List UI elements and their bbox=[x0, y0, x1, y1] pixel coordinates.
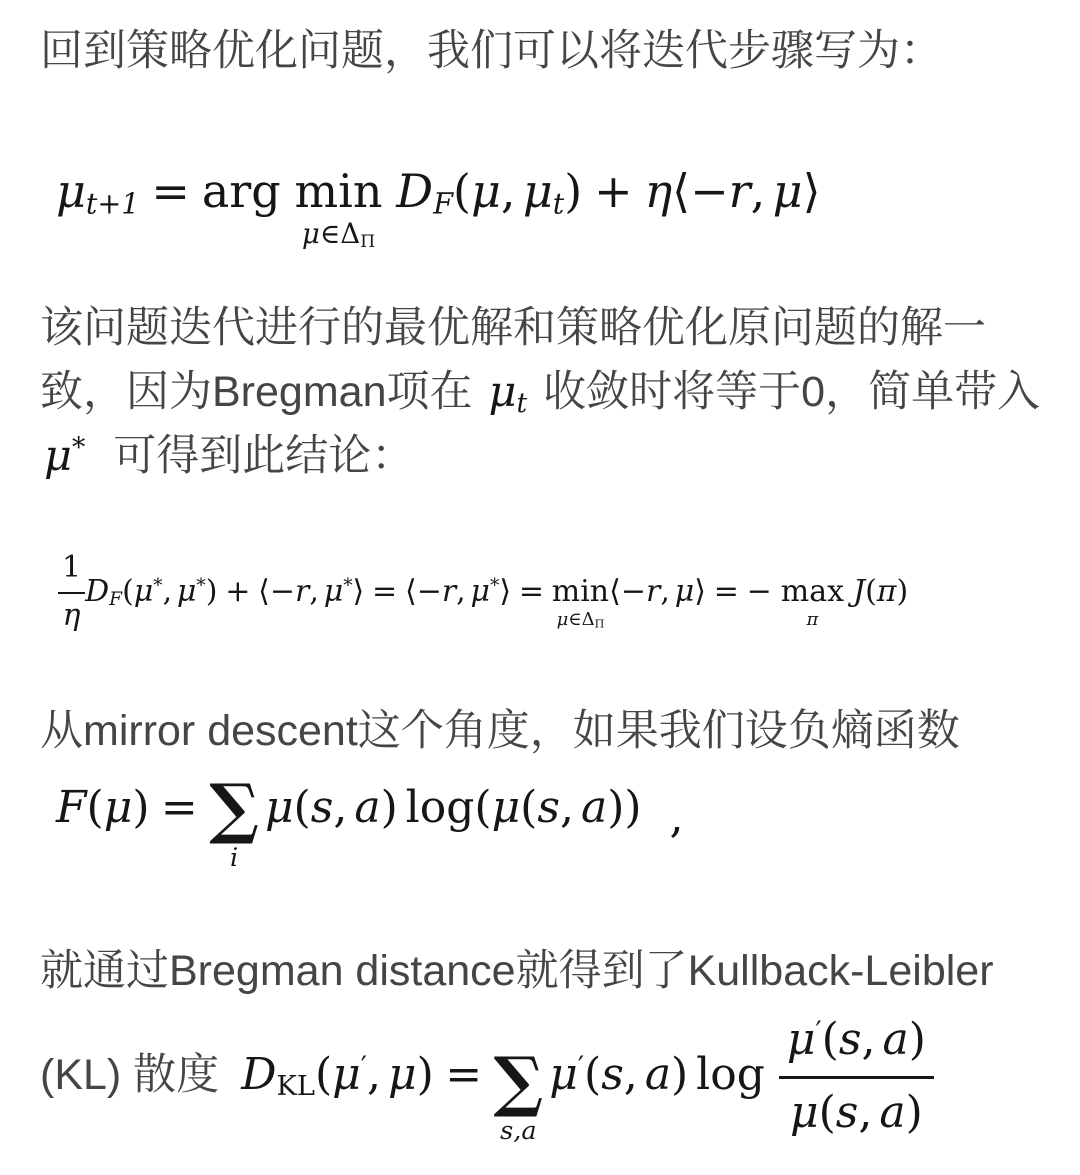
var-mu: μ bbox=[471, 574, 491, 609]
left-paren: ( bbox=[819, 1087, 836, 1138]
var-mu: μ bbox=[302, 217, 320, 250]
var-D: D bbox=[85, 574, 109, 609]
subscript-F: F bbox=[109, 589, 122, 610]
var-s: s bbox=[836, 1087, 859, 1138]
var-pi: π bbox=[806, 609, 818, 630]
superscript-star: * bbox=[72, 433, 85, 464]
equals-sign: = bbox=[151, 164, 190, 218]
var-mu: μ bbox=[324, 574, 344, 609]
left-angle-bracket: ⟨ bbox=[405, 574, 417, 609]
fraction-denominator: μ(s,a) bbox=[779, 1079, 934, 1142]
right-paren: ) bbox=[906, 1087, 923, 1138]
var-mu: μ bbox=[471, 164, 501, 218]
var-s: s bbox=[537, 782, 560, 833]
paragraph-line: 致，因为Bregman项在μt收敛时将等于0，简单带入 bbox=[40, 360, 1040, 424]
comma: , bbox=[501, 164, 516, 218]
delta-symbol: Δ bbox=[582, 609, 595, 630]
minus-r: −r bbox=[417, 574, 456, 609]
var-mu: μ bbox=[773, 164, 803, 218]
var-mu: μ bbox=[104, 782, 133, 833]
var-mu: μ bbox=[523, 164, 553, 218]
left-paren: ( bbox=[87, 782, 104, 833]
left-angle-bracket: ⟨ bbox=[258, 574, 270, 609]
denominator-eta: η bbox=[58, 594, 85, 637]
min-constraint: μ∈ΔΠ bbox=[302, 220, 375, 248]
var-mu: μ bbox=[177, 574, 197, 609]
var-mu: μ bbox=[790, 1087, 819, 1138]
minus-sign: − bbox=[747, 574, 772, 609]
var-eta: η bbox=[645, 164, 673, 218]
equals-sign: = bbox=[714, 574, 739, 609]
subscript-pi: Π bbox=[360, 232, 375, 252]
var-mu: μ bbox=[388, 1049, 417, 1100]
right-paren: ) bbox=[671, 1049, 688, 1100]
paragraph-line: 该问题迭代进行的最优解和策略优化原问题的解一 bbox=[40, 296, 1040, 360]
var-mu: μ bbox=[557, 609, 569, 630]
right-angle-bracket: ⟩ bbox=[499, 574, 511, 609]
paragraph-convergence: 该问题迭代进行的最优解和策略优化原问题的解一 致，因为Bregman项在μt收敛… bbox=[40, 296, 1040, 488]
max-constraint: π bbox=[806, 611, 818, 629]
prime-mark: ′ bbox=[361, 1052, 367, 1083]
right-angle-bracket: ⟩ bbox=[353, 574, 365, 609]
fraction-one-over-eta: 1η bbox=[58, 548, 85, 636]
left-paren: ( bbox=[453, 164, 471, 218]
subscript-F: F bbox=[433, 187, 453, 220]
var-a: a bbox=[882, 1014, 908, 1065]
right-paren: ) bbox=[897, 574, 909, 609]
delta-symbol: Δ bbox=[340, 217, 360, 250]
sigma-symbol: ∑ bbox=[209, 775, 259, 841]
text-segment: 致，因为Bregman项在 bbox=[40, 368, 472, 416]
min-label: min bbox=[552, 574, 609, 609]
subscript-t: t bbox=[553, 187, 564, 220]
right-paren: ) bbox=[564, 164, 582, 218]
left-paren: ( bbox=[315, 1049, 332, 1100]
superscript-star: * bbox=[343, 575, 352, 596]
trailing-comma: , bbox=[670, 788, 684, 847]
var-a: a bbox=[645, 1049, 671, 1100]
var-mu: μ bbox=[44, 431, 72, 481]
formula-update-rule: μt+1=arg minμ∈ΔΠ DF(μ,μt)+η⟨−r,μ⟩ bbox=[56, 155, 821, 227]
left-paren: ( bbox=[520, 782, 537, 833]
subscript-pi: Π bbox=[595, 617, 605, 630]
plus-sign: + bbox=[225, 574, 250, 609]
comma: , bbox=[861, 1014, 875, 1065]
subscript-t: t bbox=[516, 388, 527, 419]
right-angle-bracket: ⟩ bbox=[803, 164, 821, 218]
var-a: a bbox=[581, 782, 607, 833]
var-s: s bbox=[311, 782, 334, 833]
superscript-star: * bbox=[153, 575, 162, 596]
var-D: D bbox=[396, 164, 433, 218]
superscript-star: * bbox=[196, 575, 205, 596]
minus-r: −r bbox=[270, 574, 309, 609]
summation-operator: ∑s,a bbox=[494, 1048, 544, 1114]
var-mu: μ bbox=[56, 164, 86, 218]
formula-negative-entropy: F(μ)= ∑i μ(s,a)log(μ(s,a)) , bbox=[56, 770, 684, 846]
summation-index-sa: s,a bbox=[500, 1119, 536, 1145]
dkl-lhs: DKL(μ′,μ)= bbox=[241, 1045, 493, 1104]
left-paren: ( bbox=[294, 782, 311, 833]
J-pi-term: J(π) bbox=[853, 572, 908, 613]
comma: , bbox=[858, 1087, 872, 1138]
var-mu: μ bbox=[265, 782, 294, 833]
inline-math-mu-t: μt bbox=[488, 367, 527, 417]
summation-operator: ∑i bbox=[209, 775, 259, 841]
fraction-mu-ratio: μ′(s,a)μ(s,a) bbox=[779, 1008, 934, 1142]
paragraph-line: μ*可得到此结论： bbox=[40, 424, 1040, 488]
min-operator: minμ∈ΔΠ bbox=[295, 160, 383, 222]
text-segment: 收敛时将等于0，简单带入 bbox=[543, 368, 1040, 416]
left-paren: ( bbox=[865, 574, 877, 609]
var-mu: μ bbox=[675, 574, 695, 609]
comma: , bbox=[333, 782, 347, 833]
var-mu: μ bbox=[492, 782, 521, 833]
right-paren: ) bbox=[381, 782, 398, 833]
right-paren: ) bbox=[417, 1049, 434, 1100]
comma: , bbox=[309, 574, 319, 609]
left-angle-bracket: ⟨ bbox=[672, 164, 690, 218]
var-D: D bbox=[241, 1049, 276, 1100]
summation-index-i: i bbox=[230, 846, 238, 872]
right-paren: ) bbox=[206, 574, 218, 609]
left-paren: ( bbox=[122, 574, 134, 609]
comma: , bbox=[660, 574, 670, 609]
right-paren: ) bbox=[909, 1014, 926, 1065]
minus-r: −r bbox=[621, 574, 660, 609]
comma: , bbox=[367, 1049, 381, 1100]
summand-expression: μ′(s,a)log bbox=[549, 1045, 765, 1104]
kl-label: (KL) 散度 bbox=[40, 1043, 219, 1107]
left-paren: ( bbox=[584, 1049, 601, 1100]
left-paren: ( bbox=[822, 1014, 839, 1065]
subscript-KL: KL bbox=[276, 1071, 314, 1102]
min-constraint: μ∈ΔΠ bbox=[557, 611, 605, 629]
kl-divergence-line: (KL) 散度 DKL(μ′,μ)= ∑s,a μ′(s,a)log μ′(s,… bbox=[40, 1005, 934, 1145]
var-a: a bbox=[354, 782, 380, 833]
var-mu: μ bbox=[134, 574, 154, 609]
subscript-t-plus-1: t+1 bbox=[86, 187, 140, 220]
equals-sign: = bbox=[445, 1049, 482, 1100]
arg-operator: arg bbox=[202, 164, 281, 218]
equals-sign: = bbox=[161, 782, 198, 833]
max-label: max bbox=[781, 574, 844, 609]
var-s: s bbox=[601, 1049, 624, 1100]
paragraph-kl-intro: 就通过Bregman distance就得到了Kullback-Leibler bbox=[40, 939, 994, 1003]
right-angle-bracket: ⟩ bbox=[694, 574, 706, 609]
left-paren: ( bbox=[474, 782, 491, 833]
var-pi: π bbox=[877, 574, 897, 609]
lhs-F-mu: F(μ)= bbox=[56, 778, 209, 837]
min-operator: minμ∈ΔΠ bbox=[552, 572, 609, 613]
left-angle-bracket: ⟨ bbox=[609, 574, 621, 609]
log-operator: log bbox=[406, 782, 475, 833]
var-mu: μ bbox=[787, 1014, 816, 1065]
superscript-star: * bbox=[490, 575, 499, 596]
var-a: a bbox=[879, 1087, 905, 1138]
comma: , bbox=[163, 574, 173, 609]
bregman-term: DF(μ*,μ*)+⟨−r,μ*⟩=⟨−r,μ*⟩= bbox=[85, 572, 552, 613]
minus-r: −r bbox=[690, 164, 751, 218]
lhs-mu-t-plus-1: μt+1=arg bbox=[56, 160, 281, 222]
equals-sign: = bbox=[519, 574, 544, 609]
log-operator: log bbox=[696, 1049, 765, 1100]
element-of-sign: ∈ bbox=[320, 217, 340, 250]
inline-math-mu-star: μ* bbox=[44, 431, 85, 481]
objective-expression: DF(μ,μt)+η⟨−r,μ⟩ bbox=[396, 160, 820, 222]
plus-sign: + bbox=[594, 164, 633, 218]
comma: , bbox=[560, 782, 574, 833]
right-paren: ) bbox=[132, 782, 149, 833]
var-mu: μ bbox=[488, 367, 516, 417]
min-label: min bbox=[295, 164, 383, 218]
min-argument: ⟨−r,μ⟩=− bbox=[609, 572, 772, 613]
var-F: F bbox=[56, 782, 87, 833]
element-of-sign: ∈ bbox=[568, 609, 581, 630]
sigma-symbol: ∑ bbox=[494, 1048, 544, 1114]
summand-expression: μ(s,a)log(μ(s,a)) bbox=[265, 778, 642, 837]
numerator-one: 1 bbox=[58, 548, 85, 594]
text-segment: 可得到此结论： bbox=[113, 432, 414, 480]
right-paren: ) bbox=[607, 782, 624, 833]
var-J: J bbox=[853, 574, 865, 609]
fraction-numerator: μ′(s,a) bbox=[779, 1008, 934, 1078]
var-mu: μ bbox=[549, 1049, 578, 1100]
comma: , bbox=[751, 164, 766, 218]
paragraph-mirror-descent: 从mirror descent这个角度，如果我们设负熵函数 bbox=[40, 699, 960, 763]
comma: , bbox=[624, 1049, 638, 1100]
var-mu: μ bbox=[332, 1049, 361, 1100]
equals-sign: = bbox=[372, 574, 397, 609]
var-s: s bbox=[839, 1014, 862, 1065]
article-page: 回到策略优化问题，我们可以将迭代步骤写为： μt+1=arg minμ∈ΔΠ D… bbox=[0, 0, 1080, 1175]
paragraph-intro: 回到策略优化问题，我们可以将迭代步骤写为： bbox=[40, 19, 943, 83]
comma: , bbox=[456, 574, 466, 609]
formula-optimality-chain: 1η DF(μ*,μ*)+⟨−r,μ*⟩=⟨−r,μ*⟩= minμ∈ΔΠ ⟨−… bbox=[58, 550, 908, 634]
max-operator: maxπ bbox=[781, 572, 844, 613]
right-paren: ) bbox=[624, 782, 641, 833]
